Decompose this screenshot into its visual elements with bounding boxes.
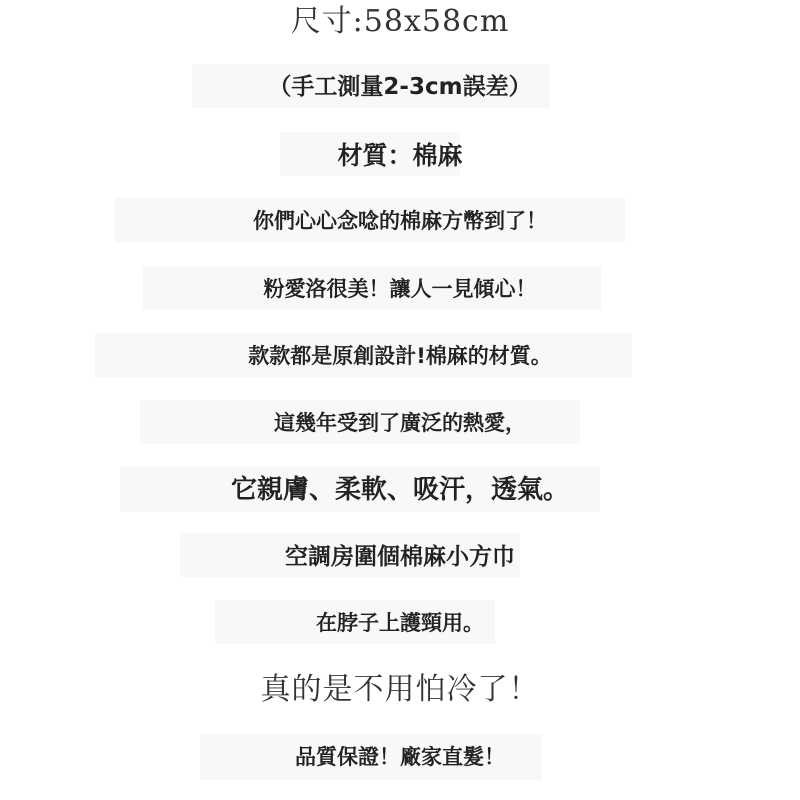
- description-line-1: 粉愛洛很美！讓人一見傾心！: [0, 273, 800, 305]
- description-line-8: 品質保證！廠家直髮！: [0, 741, 800, 773]
- material-text: 材質：棉麻: [0, 138, 800, 174]
- description-line-3: 這幾年受到了廣泛的熱愛，: [0, 407, 800, 439]
- size-text: 尺寸:58x58cm: [0, 2, 800, 42]
- measure-note-text: （手工測量2-3cm誤差）: [0, 70, 800, 104]
- description-line-4: 它親膚、柔軟、吸汗，透氣。: [0, 472, 800, 508]
- description-line-5: 空調房圍個棉麻小方巾: [0, 540, 800, 574]
- description-line-6: 在脖子上護頸用。: [0, 607, 800, 639]
- description-line-2: 款款都是原創設計!棉麻的材質。: [0, 340, 800, 372]
- description-line-7: 真的是不用怕冷了！: [0, 670, 800, 710]
- description-line-0: 你們心心念唸的棉麻方幣到了！: [0, 205, 800, 237]
